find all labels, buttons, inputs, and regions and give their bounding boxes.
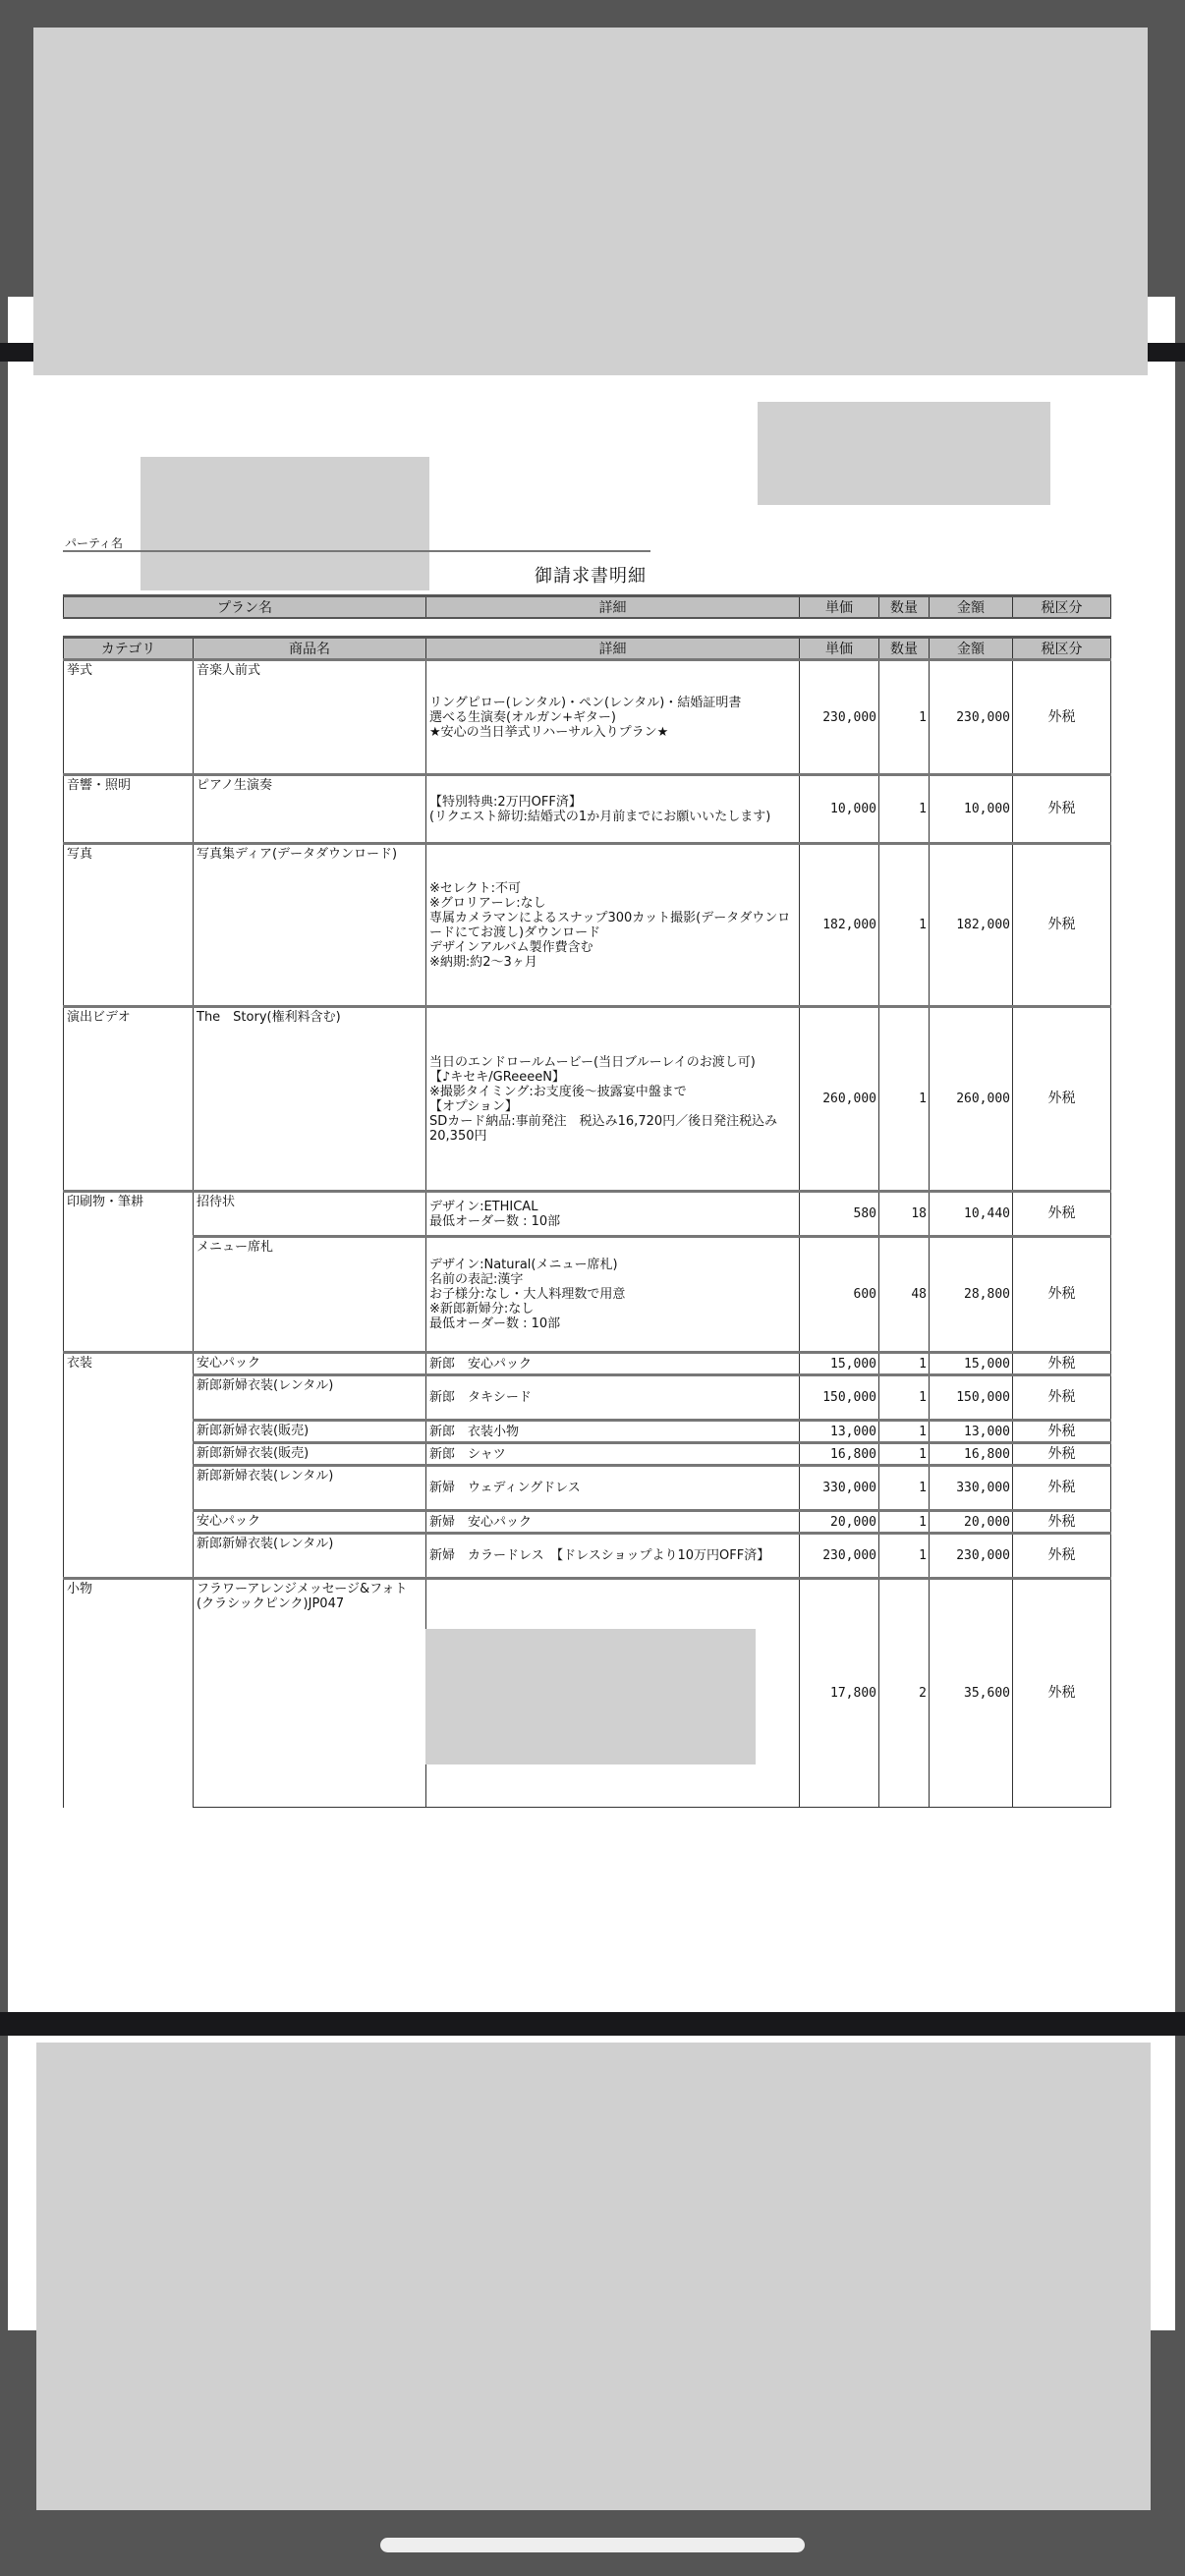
unit-price-cell: 17,800	[800, 1579, 879, 1808]
tax-cell: 外税	[1013, 1511, 1111, 1534]
unit-price-cell: 15,000	[800, 1353, 879, 1375]
amount-cell: 15,000	[930, 1353, 1013, 1375]
detail-cell: 新郎 シャツ	[426, 1443, 800, 1466]
party-name-label: パーティ名	[65, 534, 123, 551]
amount-cell: 182,000	[930, 844, 1013, 1007]
category-cell	[64, 1443, 194, 1466]
redacted-logo	[758, 402, 1050, 505]
col-amount: 金額	[930, 638, 1013, 660]
amount-cell: 16,800	[930, 1443, 1013, 1466]
table-row: 安心パック新婦 安心パック20,000120,000外税	[64, 1511, 1111, 1534]
table-row: 新郎新婦衣装(レンタル)新婦 ウェディングドレス330,0001330,000外…	[64, 1466, 1111, 1511]
col-qty: 数量	[879, 638, 930, 660]
table-row: 写真写真集ディア(データダウンロード)※セレクト:不可 ※グロリアーレ:なし 専…	[64, 844, 1111, 1007]
product-cell: 安心パック	[194, 1353, 426, 1375]
detail-cell: デザイン:ETHICAL 最低オーダー数 : 10部	[426, 1192, 800, 1237]
table-row: 音響・照明ピアノ生演奏【特別特典:2万円OFF済】 (リクエスト締切:結婚式の1…	[64, 775, 1111, 844]
product-cell: 安心パック	[194, 1511, 426, 1534]
category-cell	[64, 1421, 194, 1443]
col-tax: 税区分	[1013, 596, 1111, 619]
redacted-product-image	[425, 1629, 756, 1764]
col-category: カテゴリ	[64, 638, 194, 660]
qty-cell: 18	[879, 1192, 930, 1237]
product-cell: ピアノ生演奏	[194, 775, 426, 844]
qty-cell: 1	[879, 1421, 930, 1443]
unit-price-cell: 20,000	[800, 1511, 879, 1534]
party-name-underline	[63, 550, 650, 552]
table-row: 新郎新婦衣装(販売)新郎 衣装小物13,000113,000外税	[64, 1421, 1111, 1443]
tax-cell: 外税	[1013, 775, 1111, 844]
table-row: 新郎新婦衣装(販売)新郎 シャツ16,800116,800外税	[64, 1443, 1111, 1466]
table-row: メニュー席札デザイン:Natural(メニュー席札) 名前の表記:漢字 お子様分…	[64, 1237, 1111, 1353]
unit-price-cell: 13,000	[800, 1421, 879, 1443]
category-cell: 演出ビデオ	[64, 1007, 194, 1192]
col-product: 商品名	[194, 638, 426, 660]
category-cell	[64, 1534, 194, 1579]
product-cell: 新郎新婦衣装(レンタル)	[194, 1375, 426, 1421]
detail-cell: 新郎 衣装小物	[426, 1421, 800, 1443]
detail-cell: デザイン:Natural(メニュー席札) 名前の表記:漢字 お子様分:なし・大人…	[426, 1237, 800, 1353]
qty-cell: 1	[879, 775, 930, 844]
tax-cell: 外税	[1013, 1466, 1111, 1511]
redacted-overlay-top	[33, 28, 1148, 375]
table-row: 新郎新婦衣装(レンタル)新郎 タキシード150,0001150,000外税	[64, 1375, 1111, 1421]
category-cell	[64, 1511, 194, 1534]
plan-header-table: プラン名 詳細 単価 数量 金額 税区分	[63, 594, 1111, 619]
detail-cell: 新婦 ウェディングドレス	[426, 1466, 800, 1511]
tax-cell: 外税	[1013, 844, 1111, 1007]
category-cell	[64, 1466, 194, 1511]
detail-cell: 【特別特典:2万円OFF済】 (リクエスト締切:結婚式の1か月前までにお願いいた…	[426, 775, 800, 844]
amount-cell: 150,000	[930, 1375, 1013, 1421]
col-qty: 数量	[879, 596, 930, 619]
tax-cell: 外税	[1013, 1353, 1111, 1375]
tax-cell: 外税	[1013, 1534, 1111, 1579]
product-cell: 写真集ディア(データダウンロード)	[194, 844, 426, 1007]
col-unit-price: 単価	[800, 596, 879, 619]
tax-cell: 外税	[1013, 660, 1111, 775]
qty-cell: 1	[879, 660, 930, 775]
category-cell: 小物	[64, 1579, 194, 1808]
amount-cell: 35,600	[930, 1579, 1013, 1808]
product-cell: 新郎新婦衣装(レンタル)	[194, 1466, 426, 1511]
tax-cell: 外税	[1013, 1375, 1111, 1421]
col-tax: 税区分	[1013, 638, 1111, 660]
category-cell: 衣装	[64, 1353, 194, 1375]
table-row: 印刷物・筆耕招待状デザイン:ETHICAL 最低オーダー数 : 10部58018…	[64, 1192, 1111, 1237]
unit-price-cell: 230,000	[800, 1534, 879, 1579]
qty-cell: 1	[879, 1353, 930, 1375]
tax-cell: 外税	[1013, 1007, 1111, 1192]
tax-cell: 外税	[1013, 1192, 1111, 1237]
qty-cell: 48	[879, 1237, 930, 1353]
table-row: 挙式音楽人前式リングピロー(レンタル)・ペン(レンタル)・結婚証明書 選べる生演…	[64, 660, 1111, 775]
amount-cell: 260,000	[930, 1007, 1013, 1192]
home-indicator[interactable]	[380, 2538, 805, 2552]
unit-price-cell: 230,000	[800, 660, 879, 775]
product-cell: メニュー席札	[194, 1237, 426, 1353]
product-cell: フラワーアレンジメッセージ&フォト(クラシックピンク)JP047	[194, 1579, 426, 1808]
unit-price-cell: 260,000	[800, 1007, 879, 1192]
category-cell: 写真	[64, 844, 194, 1007]
product-cell: 新郎新婦衣装(販売)	[194, 1421, 426, 1443]
qty-cell: 1	[879, 1007, 930, 1192]
col-amount: 金額	[930, 596, 1013, 619]
qty-cell: 2	[879, 1579, 930, 1808]
unit-price-cell: 330,000	[800, 1466, 879, 1511]
redacted-party-name	[141, 457, 429, 590]
detail-cell: 新婦 カラードレス 【ドレスショップより10万円OFF済】	[426, 1534, 800, 1579]
product-cell: 新郎新婦衣装(販売)	[194, 1443, 426, 1466]
product-cell: 招待状	[194, 1192, 426, 1237]
qty-cell: 1	[879, 844, 930, 1007]
amount-cell: 330,000	[930, 1466, 1013, 1511]
qty-cell: 1	[879, 1534, 930, 1579]
qty-cell: 1	[879, 1443, 930, 1466]
col-plan-name: プラン名	[64, 596, 426, 619]
tax-cell: 外税	[1013, 1579, 1111, 1808]
amount-cell: 20,000	[930, 1511, 1013, 1534]
table-row: 新郎新婦衣装(レンタル)新婦 カラードレス 【ドレスショップより10万円OFF済…	[64, 1534, 1111, 1579]
unit-price-cell: 16,800	[800, 1443, 879, 1466]
detail-cell: 当日のエンドロールムービー(当日ブルーレイのお渡し可) 【♪キセキ/GReeee…	[426, 1007, 800, 1192]
qty-cell: 1	[879, 1466, 930, 1511]
page-separator	[0, 2012, 1185, 2036]
col-unit-price: 単価	[800, 638, 879, 660]
unit-price-cell: 182,000	[800, 844, 879, 1007]
product-cell: 音楽人前式	[194, 660, 426, 775]
detail-cell: 新郎 タキシード	[426, 1375, 800, 1421]
redacted-overlay-bottom	[36, 2043, 1151, 2510]
amount-cell: 230,000	[930, 1534, 1013, 1579]
detail-cell: 新婦 安心パック	[426, 1511, 800, 1534]
category-cell	[64, 1237, 194, 1353]
tax-cell: 外税	[1013, 1443, 1111, 1466]
qty-cell: 1	[879, 1511, 930, 1534]
qty-cell: 1	[879, 1375, 930, 1421]
product-cell: 新郎新婦衣装(レンタル)	[194, 1534, 426, 1579]
amount-cell: 10,000	[930, 775, 1013, 844]
product-cell: The Story(権利料含む)	[194, 1007, 426, 1192]
col-detail: 詳細	[426, 638, 800, 660]
detail-cell: ※セレクト:不可 ※グロリアーレ:なし 専属カメラマンによるスナップ300カット…	[426, 844, 800, 1007]
amount-cell: 13,000	[930, 1421, 1013, 1443]
detail-cell: 新郎 安心パック	[426, 1353, 800, 1375]
table-row: 演出ビデオThe Story(権利料含む)当日のエンドロールムービー(当日ブルー…	[64, 1007, 1111, 1192]
category-cell	[64, 1375, 194, 1421]
unit-price-cell: 10,000	[800, 775, 879, 844]
detail-cell: リングピロー(レンタル)・ペン(レンタル)・結婚証明書 選べる生演奏(オルガン+…	[426, 660, 800, 775]
amount-cell: 28,800	[930, 1237, 1013, 1353]
category-cell: 印刷物・筆耕	[64, 1192, 194, 1237]
amount-cell: 10,440	[930, 1192, 1013, 1237]
table-row: 衣装安心パック新郎 安心パック15,000115,000外税	[64, 1353, 1111, 1375]
amount-cell: 230,000	[930, 660, 1013, 775]
tax-cell: 外税	[1013, 1421, 1111, 1443]
category-cell: 挙式	[64, 660, 194, 775]
category-cell: 音響・照明	[64, 775, 194, 844]
col-detail: 詳細	[426, 596, 800, 619]
unit-price-cell: 600	[800, 1237, 879, 1353]
unit-price-cell: 150,000	[800, 1375, 879, 1421]
tax-cell: 外税	[1013, 1237, 1111, 1353]
unit-price-cell: 580	[800, 1192, 879, 1237]
document-title: 御請求書明細	[535, 562, 647, 588]
